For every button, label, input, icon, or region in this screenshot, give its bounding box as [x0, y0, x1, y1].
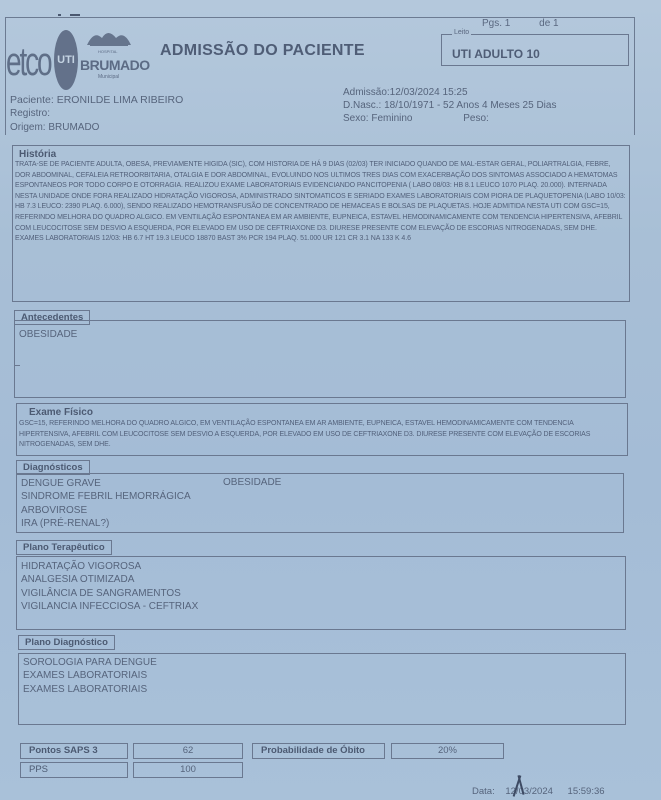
antecedentes-list: OBESIDADE [19, 328, 77, 341]
pps-value: 100 [133, 762, 243, 778]
historia-text: TRATA-SE DE PACIENTE ADULTA, OBESA, PREV… [15, 160, 627, 245]
plano-diagnostico-section: SOROLOGIA PARA DENGUE EXAMES LABORATORIA… [18, 653, 626, 725]
plano-terapeutico-title: Plano Terapêutico [16, 540, 112, 555]
wings-icon [86, 28, 132, 46]
plano-diagnostico-list: SOROLOGIA PARA DENGUE EXAMES LABORATORIA… [23, 656, 157, 696]
document-page: etco UTI HOSPITAL BRUMADO Municipal ADMI… [0, 0, 661, 800]
plano-diagnostico-item: EXAMES LABORATORIAIS [23, 669, 157, 682]
patient-origem: Origem: BRUMADO [10, 121, 183, 135]
time-value: 15:59:36 [568, 786, 605, 797]
historia-narrative: TRATA-SE DE PACIENTE ADULTA, OBESA, PREV… [15, 161, 626, 232]
page-number: Pgs. 1 [482, 18, 510, 29]
antecedentes-section: OBESIDADE [14, 320, 626, 398]
saps-label: Pontos SAPS 3 [20, 743, 128, 759]
diagnostico-item: SINDROME FEBRIL HEMORRÁGICA [21, 490, 191, 503]
leito-label: Leito [452, 29, 471, 36]
footer-date: Data: 12/03/2024 15:59:36 [472, 786, 605, 797]
plano-terapeutico-list: HIDRATAÇÃO VIGOROSA ANALGESIA OTIMIZADA … [21, 560, 198, 613]
page-indicator: Pgs. 1 de 1 [482, 18, 585, 29]
header-logos: etco UTI HOSPITAL BRUMADO Municipal [4, 26, 134, 88]
exame-fisico-title: Exame Físico [21, 407, 101, 418]
antecedente-item: OBESIDADE [19, 328, 77, 341]
patient-registro: Registro: [10, 107, 183, 121]
exame-fisico-section: Exame Físico GSC=15, REFERINDO MELHORA D… [16, 403, 628, 456]
historia-exames: EXAMES LABORATORIAIS 12/03: HB 6.7 HT 19… [15, 235, 411, 242]
etco-logo: etco [6, 40, 51, 85]
pps-label: PPS [20, 762, 128, 778]
exame-fisico-text: GSC=15, REFERINDO MELHORA DO QUADRO ALGI… [19, 419, 625, 451]
leito-box: Leito UTI ADULTO 10 [441, 34, 629, 66]
patient-info-left: Paciente: ERONILDE LIMA RIBEIRO Registro… [10, 93, 183, 135]
page-total: de 1 [539, 18, 558, 29]
uti-logo: UTI [54, 30, 78, 90]
historia-title: História [19, 149, 56, 160]
plano-terapeutico-section: HIDRATAÇÃO VIGOROSA ANALGESIA OTIMIZADA … [16, 556, 626, 630]
birth-date: D.Nasc.: 18/10/1971 - 52 Anos 4 Meses 25… [343, 99, 556, 112]
leito-value: UTI ADULTO 10 [452, 47, 540, 61]
bracket-mark [14, 365, 20, 395]
obito-value: 20% [391, 743, 504, 759]
diagnostico-item: IRA (PRÉ-RENAL?) [21, 517, 191, 530]
terapeutico-item: VIGILANCIA INFECCIOSA - CEFTRIAX [21, 600, 198, 613]
hospital-top-text: HOSPITAL [98, 49, 118, 54]
date-label: Data: [472, 786, 495, 797]
terapeutico-item: HIDRATAÇÃO VIGOROSA [21, 560, 198, 573]
historia-section: História TRATA-SE DE PACIENTE ADULTA, OB… [12, 145, 630, 302]
diagnosticos-list: DENGUE GRAVE SINDROME FEBRIL HEMORRÁGICA… [21, 477, 191, 530]
plano-diagnostico-title: Plano Diagnóstico [18, 635, 115, 650]
patient-name: Paciente: ERONILDE LIMA RIBEIRO [10, 93, 183, 107]
document-title: ADMISSÃO DO PACIENTE [160, 42, 365, 60]
patient-info-right: Admissão:12/03/2024 15:25 D.Nasc.: 18/10… [343, 86, 556, 125]
plano-diagnostico-item: EXAMES LABORATORIAIS [23, 683, 157, 696]
patient-weight: Peso: [463, 113, 489, 124]
terapeutico-item: ANALGESIA OTIMIZADA [21, 573, 198, 586]
saps-value: 62 [133, 743, 243, 759]
obito-label: Probabilidade de Óbito [252, 743, 385, 759]
admission-date: Admissão:12/03/2024 15:25 [343, 86, 556, 99]
diagnostico-item: OBESIDADE [223, 477, 281, 488]
patient-sex: Sexo: Feminino [343, 113, 412, 124]
terapeutico-item: VIGILÂNCIA DE SANGRAMENTOS [21, 587, 198, 600]
hospital-name: BRUMADO [80, 57, 150, 73]
hospital-brumado-logo: HOSPITAL BRUMADO Municipal [80, 26, 140, 88]
diagnosticos-section: DENGUE GRAVE SINDROME FEBRIL HEMORRÁGICA… [16, 473, 624, 533]
diagnostico-item: ARBOVIROSE [21, 504, 191, 517]
plano-diagnostico-item: SOROLOGIA PARA DENGUE [23, 656, 157, 669]
diagnostico-item: DENGUE GRAVE [21, 477, 191, 490]
hospital-sub: Municipal [98, 74, 119, 80]
